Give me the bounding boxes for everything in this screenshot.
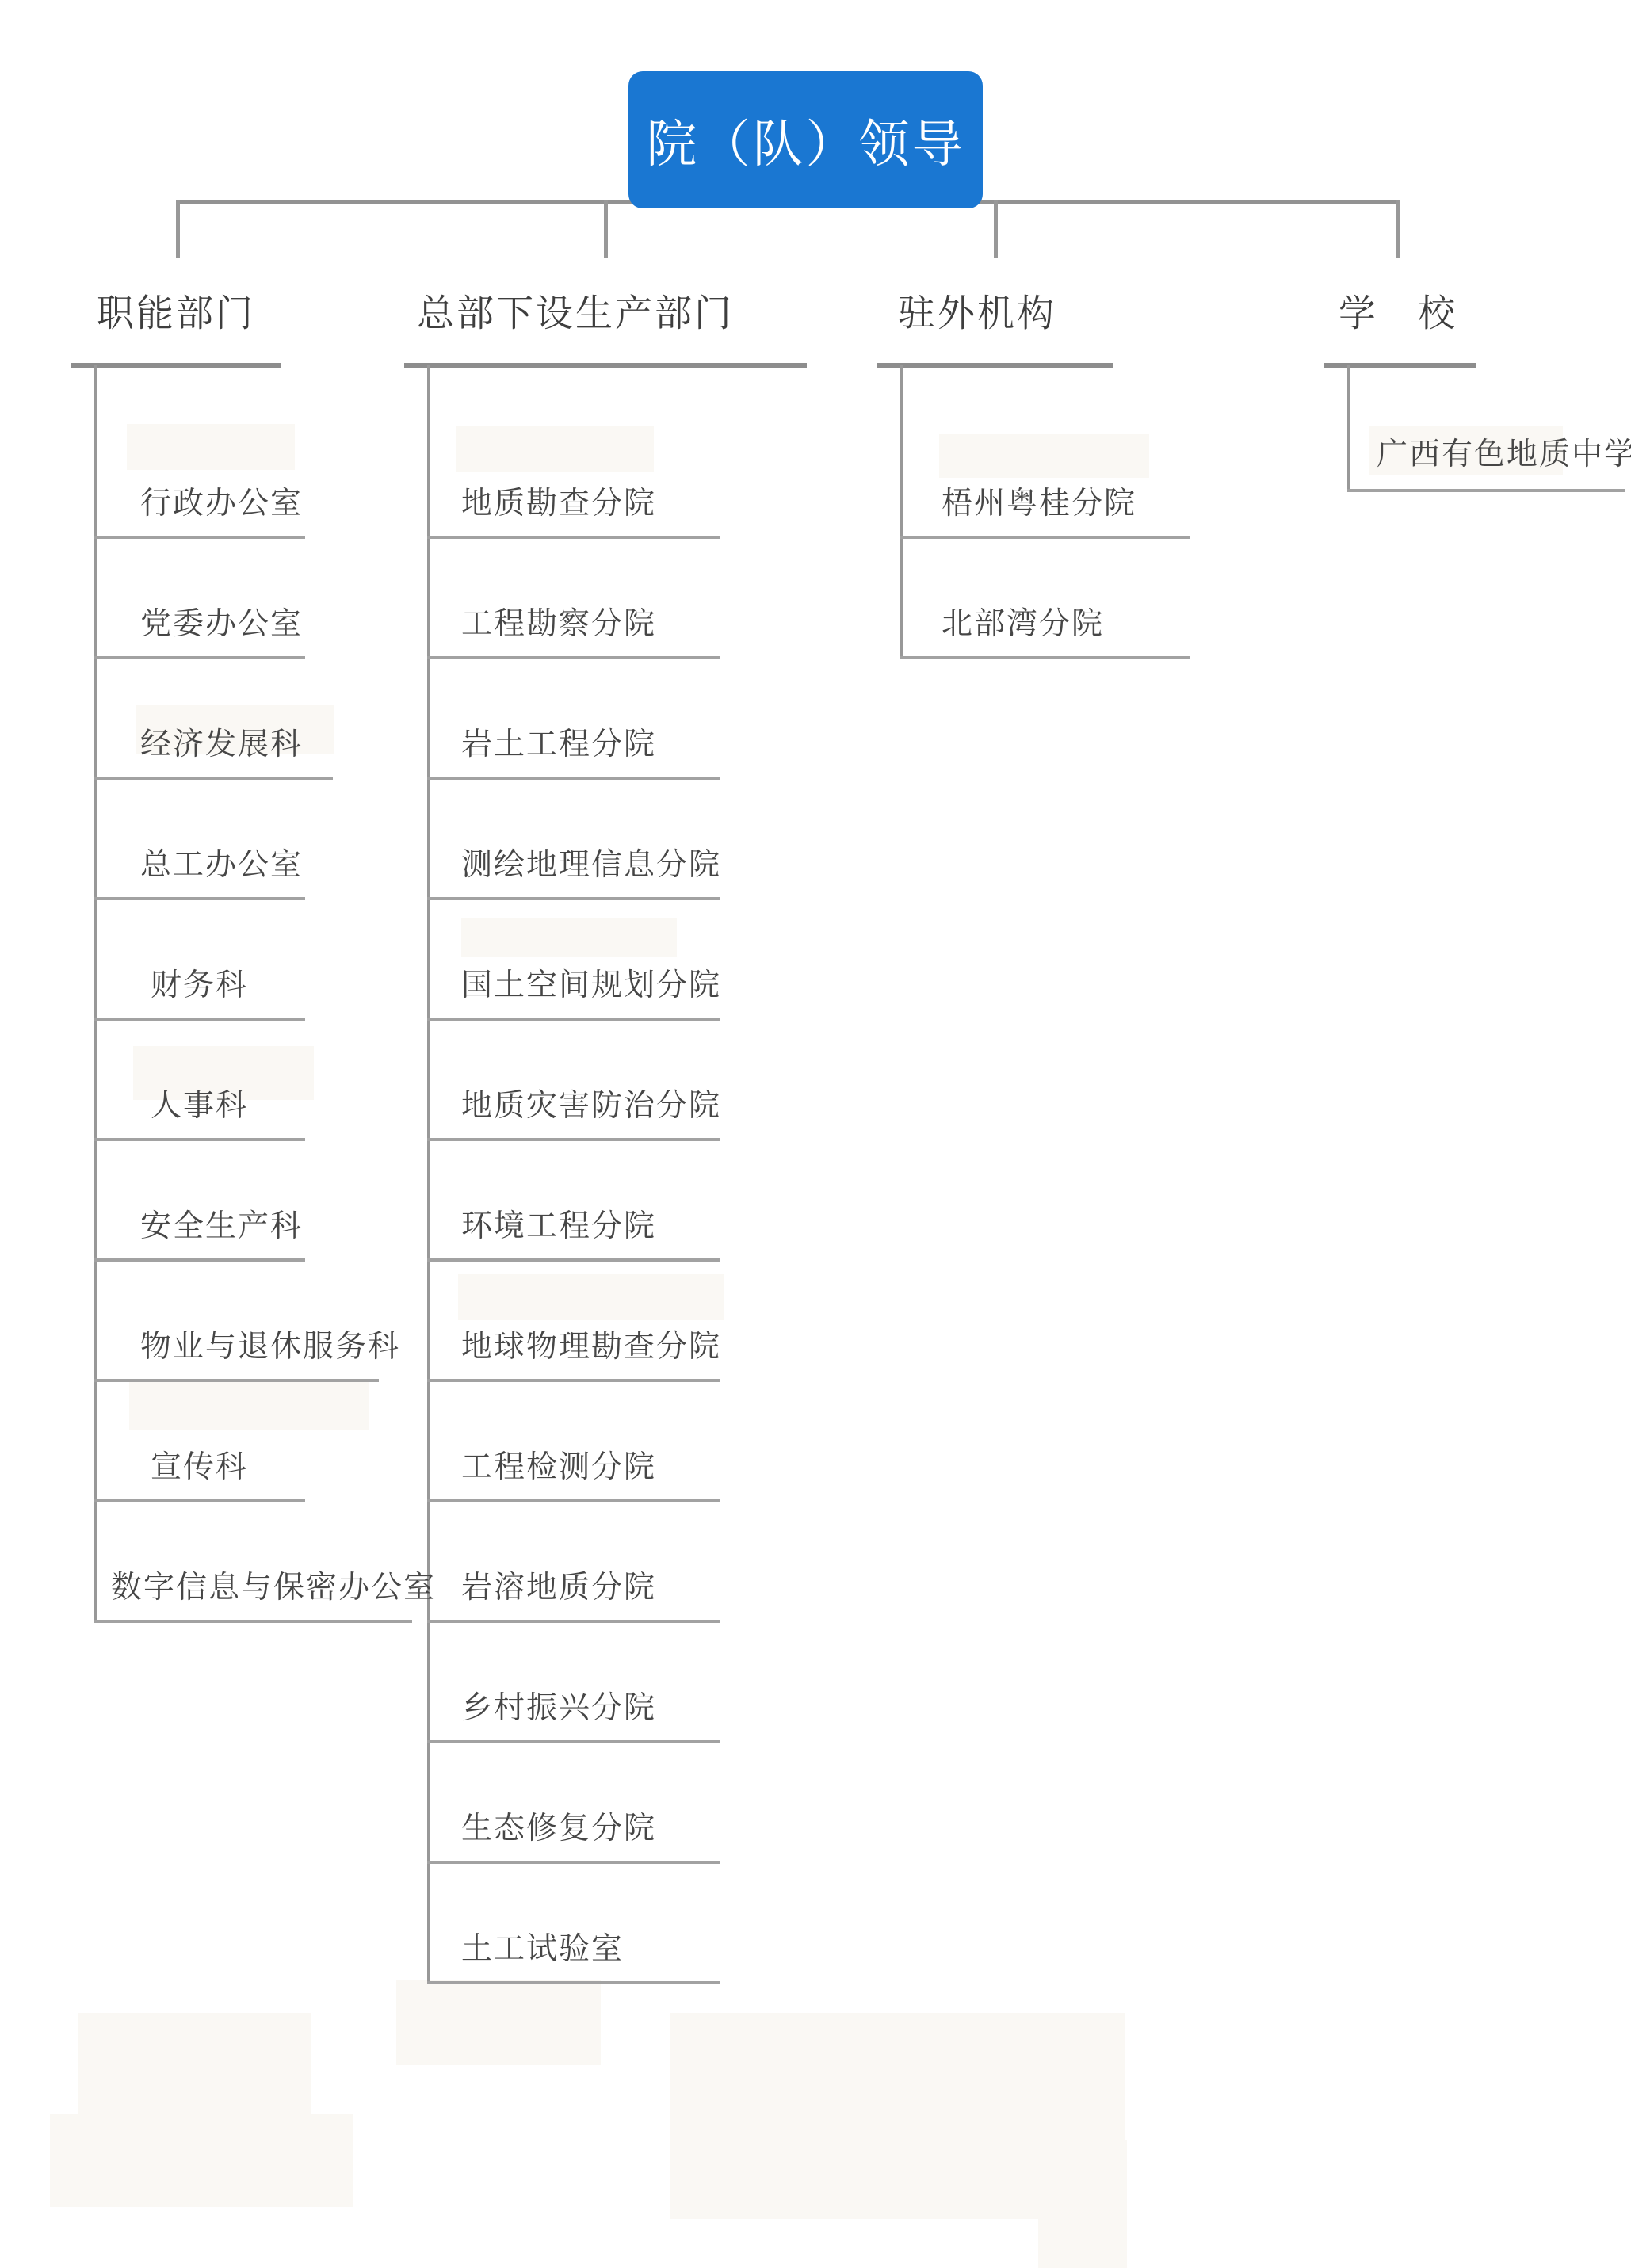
ghost-box bbox=[1038, 2140, 1127, 2268]
ghost-box bbox=[939, 434, 1149, 478]
header-underline-school bbox=[1324, 363, 1476, 368]
org-item-underline bbox=[427, 1981, 720, 1984]
org-item-label: 地质勘查分院 bbox=[461, 479, 656, 523]
org-item-underline bbox=[94, 1379, 379, 1382]
bracket-drop-line-1 bbox=[176, 200, 180, 258]
org-item-underline bbox=[900, 656, 1190, 659]
org-item-underline bbox=[94, 1258, 305, 1262]
org-item-label: 经济发展科 bbox=[140, 720, 303, 764]
org-item-underline bbox=[427, 656, 720, 659]
org-item-underline bbox=[427, 536, 720, 539]
org-item-label: 党委办公室 bbox=[140, 599, 303, 643]
ghost-box bbox=[78, 2013, 311, 2114]
org-item-label: 广西有色地质中学 bbox=[1377, 430, 1631, 474]
header-underline-external bbox=[877, 363, 1113, 368]
org-item-underline bbox=[427, 1138, 720, 1141]
bracket-drop-line-3 bbox=[994, 200, 998, 258]
org-item-underline bbox=[427, 1018, 720, 1021]
org-item-underline bbox=[1347, 489, 1625, 492]
org-chart-canvas: 院（队）领导 职能部门 总部下设生产部门 驻外机构 学 校 行政办公室 党委办公… bbox=[0, 0, 1631, 2268]
org-item-underline bbox=[94, 1138, 305, 1141]
column-header-school: 学 校 bbox=[1339, 284, 1457, 338]
org-item-underline bbox=[427, 1258, 720, 1262]
org-item-label: 梧州粤桂分院 bbox=[942, 479, 1136, 523]
org-item-label: 财务科 bbox=[151, 960, 248, 1005]
column-header-external: 驻外机构 bbox=[898, 284, 1056, 338]
org-item-underline bbox=[94, 536, 305, 539]
ghost-box bbox=[456, 426, 654, 472]
org-item-underline bbox=[427, 777, 720, 780]
root-node: 院（队）领导 bbox=[628, 71, 983, 208]
org-item-underline bbox=[94, 777, 333, 780]
org-item-label: 人事科 bbox=[151, 1081, 248, 1125]
org-item-underline bbox=[427, 1620, 720, 1623]
org-item-underline bbox=[427, 1379, 720, 1382]
org-item-label: 测绘地理信息分院 bbox=[461, 840, 721, 884]
org-item-underline bbox=[427, 897, 720, 900]
org-item-label: 行政办公室 bbox=[140, 479, 303, 523]
org-item-underline bbox=[900, 536, 1190, 539]
ghost-box bbox=[129, 1380, 369, 1430]
ghost-box bbox=[127, 424, 295, 470]
org-item-underline bbox=[427, 1740, 720, 1743]
org-item-label: 岩土工程分院 bbox=[461, 720, 656, 764]
org-item-label: 工程检测分院 bbox=[461, 1442, 656, 1487]
column-trunk-external bbox=[900, 365, 903, 659]
ghost-box bbox=[461, 918, 677, 957]
column-header-functional: 职能部门 bbox=[97, 284, 255, 338]
ghost-box bbox=[396, 1980, 601, 2065]
header-underline-functional bbox=[71, 363, 281, 368]
org-item-label: 宣传科 bbox=[151, 1442, 248, 1487]
org-item-label: 安全生产科 bbox=[140, 1201, 303, 1246]
org-item-label: 生态修复分院 bbox=[461, 1804, 656, 1848]
org-item-label: 数字信息与保密办公室 bbox=[111, 1563, 436, 1607]
org-item-underline bbox=[94, 897, 305, 900]
header-underline-production bbox=[404, 363, 807, 368]
ghost-box bbox=[50, 2114, 353, 2207]
org-item-underline bbox=[427, 1861, 720, 1864]
org-item-underline bbox=[94, 1499, 305, 1502]
org-item-underline bbox=[94, 656, 305, 659]
org-item-label: 岩溶地质分院 bbox=[461, 1563, 656, 1607]
org-item-underline bbox=[427, 1499, 720, 1502]
org-item-label: 总工办公室 bbox=[140, 840, 303, 884]
root-node-label: 院（队）领导 bbox=[647, 104, 965, 177]
org-item-label: 环境工程分院 bbox=[461, 1201, 656, 1246]
org-item-label: 土工试验室 bbox=[461, 1924, 624, 1968]
ghost-box bbox=[670, 2013, 1125, 2219]
org-item-underline bbox=[94, 1620, 412, 1623]
column-header-production: 总部下设生产部门 bbox=[417, 284, 734, 338]
org-item-label: 地质灾害防治分院 bbox=[461, 1081, 721, 1125]
column-trunk-functional bbox=[94, 365, 97, 1623]
org-item-label: 工程勘察分院 bbox=[461, 599, 656, 643]
org-item-label: 北部湾分院 bbox=[942, 599, 1104, 643]
org-item-label: 物业与退休服务科 bbox=[140, 1322, 400, 1366]
org-item-underline bbox=[94, 1018, 305, 1021]
ghost-box bbox=[458, 1274, 724, 1320]
bracket-drop-line-4 bbox=[1396, 200, 1400, 258]
org-item-label: 乡村振兴分院 bbox=[461, 1683, 656, 1728]
column-trunk-school bbox=[1347, 365, 1350, 492]
org-item-label: 国土空间规划分院 bbox=[461, 960, 721, 1005]
org-item-label: 地球物理勘查分院 bbox=[461, 1322, 721, 1366]
bracket-drop-line-2 bbox=[604, 200, 608, 258]
